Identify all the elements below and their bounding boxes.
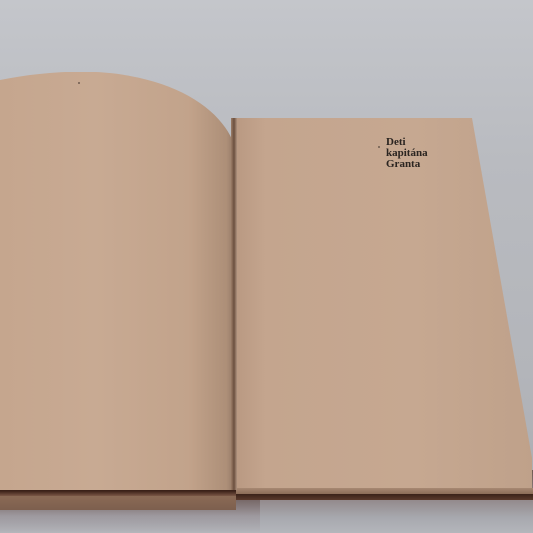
paper-speck [78, 82, 80, 84]
right-cover-board [236, 494, 533, 500]
right-page-block-edge [236, 488, 533, 494]
book-title: Deti kapitána Granta [386, 137, 428, 170]
book-gutter [231, 118, 237, 490]
left-page [0, 72, 236, 490]
paper-speck [378, 146, 380, 148]
right-page [236, 118, 533, 488]
left-cover-board [0, 496, 236, 510]
photo-scene: Deti kapitána Granta [0, 0, 533, 533]
title-line-3: Granta [386, 159, 428, 170]
